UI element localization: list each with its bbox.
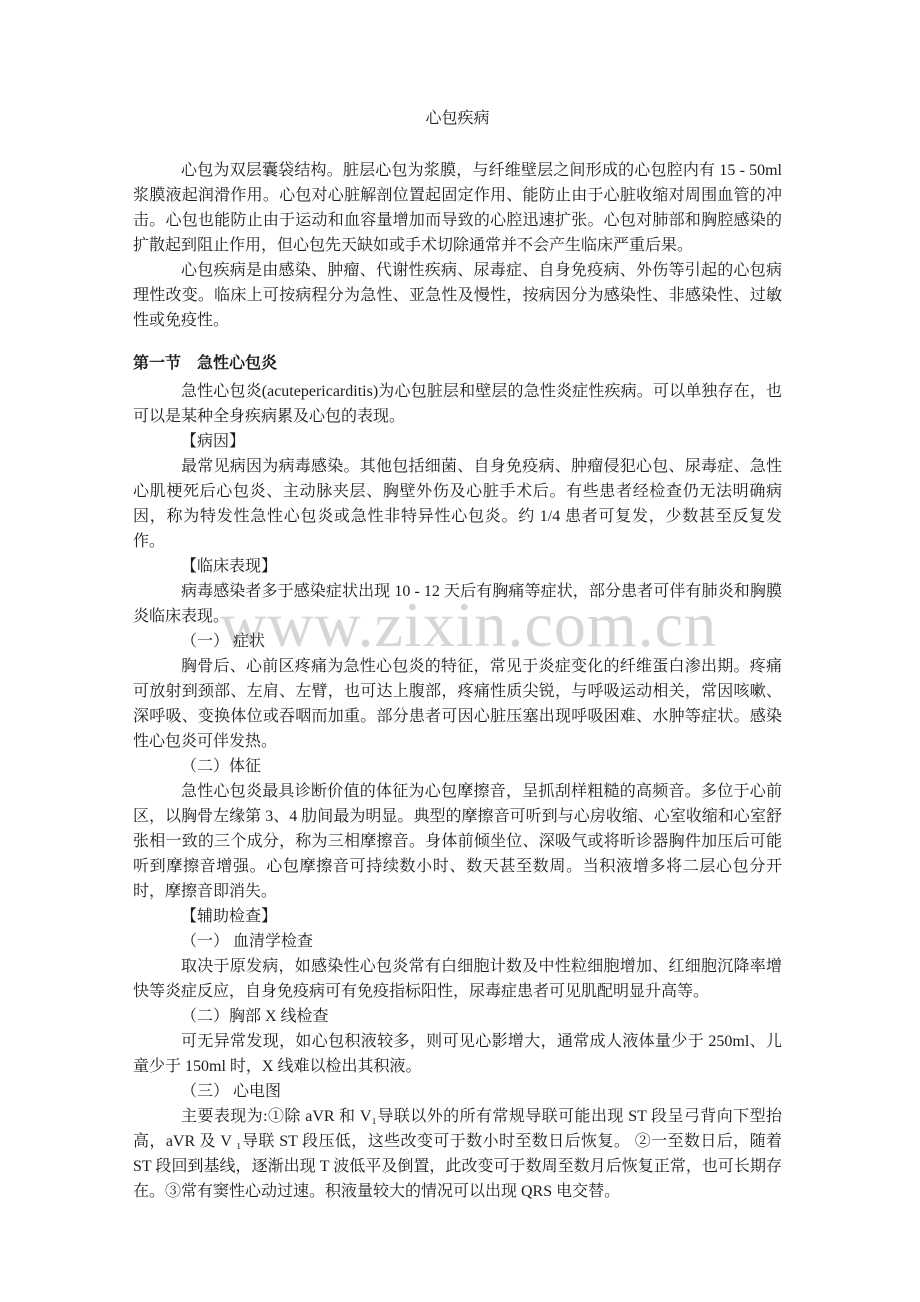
subheading-serology: （一） 血清学检查 bbox=[133, 929, 782, 954]
subheading-clinical: 【临床表现】 bbox=[133, 554, 782, 579]
document-content: 心包疾病 心包为双层囊袋结构。脏层心包为浆膜，与纤维壁层之间形成的心包腔内有 1… bbox=[0, 0, 920, 1204]
subheading-aux-exams: 【辅助检查】 bbox=[133, 904, 782, 929]
paragraph-intro-etiology: 心包疾病是由感染、肿瘤、代谢性疾病、尿毒症、自身免疫病、外伤等引起的心包病理性改… bbox=[133, 258, 782, 333]
subheading-ecg: （三） 心电图 bbox=[133, 1079, 782, 1104]
paragraph-chest-xray: 可无异常发现，如心包积液较多，则可见心影增大，通常成人液体量少于 250ml、儿… bbox=[133, 1029, 782, 1079]
paragraph-etiology: 最常见病因为病毒感染。其他包括细菌、自身免疫病、肿瘤侵犯心包、尿毒症、急性心肌梗… bbox=[133, 454, 782, 554]
document-title: 心包疾病 bbox=[133, 106, 782, 131]
paragraph-symptoms: 胸骨后、心前区疼痛为急性心包炎的特征，常见于炎症变化的纤维蛋白渗出期。疼痛可放射… bbox=[133, 654, 782, 754]
subheading-etiology: 【病因】 bbox=[133, 429, 782, 454]
subheading-signs: （二）体征 bbox=[133, 754, 782, 779]
paragraph-intro-structure: 心包为双层囊袋结构。脏层心包为浆膜，与纤维壁层之间形成的心包腔内有 15 - 5… bbox=[133, 158, 782, 258]
paragraph-signs: 急性心包炎最具诊断价值的体征为心包摩擦音，呈抓刮样粗糙的高频音。多位于心前区，以… bbox=[133, 779, 782, 904]
paragraph-definition: 急性心包炎(acutepericarditis)为心包脏层和壁层的急性炎症性疾病… bbox=[133, 379, 782, 429]
document-page: www.zixin.com.cn 心包疾病 心包为双层囊袋结构。脏层心包为浆膜，… bbox=[0, 0, 920, 1302]
paragraph-ecg: 主要表现为:①除 aVR 和 V₁导联以外的所有常规导联可能出现 ST 段呈弓背… bbox=[133, 1104, 782, 1204]
section-heading: 第一节 急性心包炎 bbox=[133, 351, 782, 376]
paragraph-serology: 取决于原发病，如感染性心包炎常有白细胞计数及中性粒细胞增加、红细胞沉降率增快等炎… bbox=[133, 954, 782, 1004]
paragraph-clinical-intro: 病毒感染者多于感染症状出现 10 - 12 天后有胸痛等症状，部分患者可伴有肺炎… bbox=[133, 579, 782, 629]
subheading-chest-xray: （二）胸部 X 线检查 bbox=[133, 1004, 782, 1029]
subheading-symptoms: （一） 症状 bbox=[133, 629, 782, 654]
